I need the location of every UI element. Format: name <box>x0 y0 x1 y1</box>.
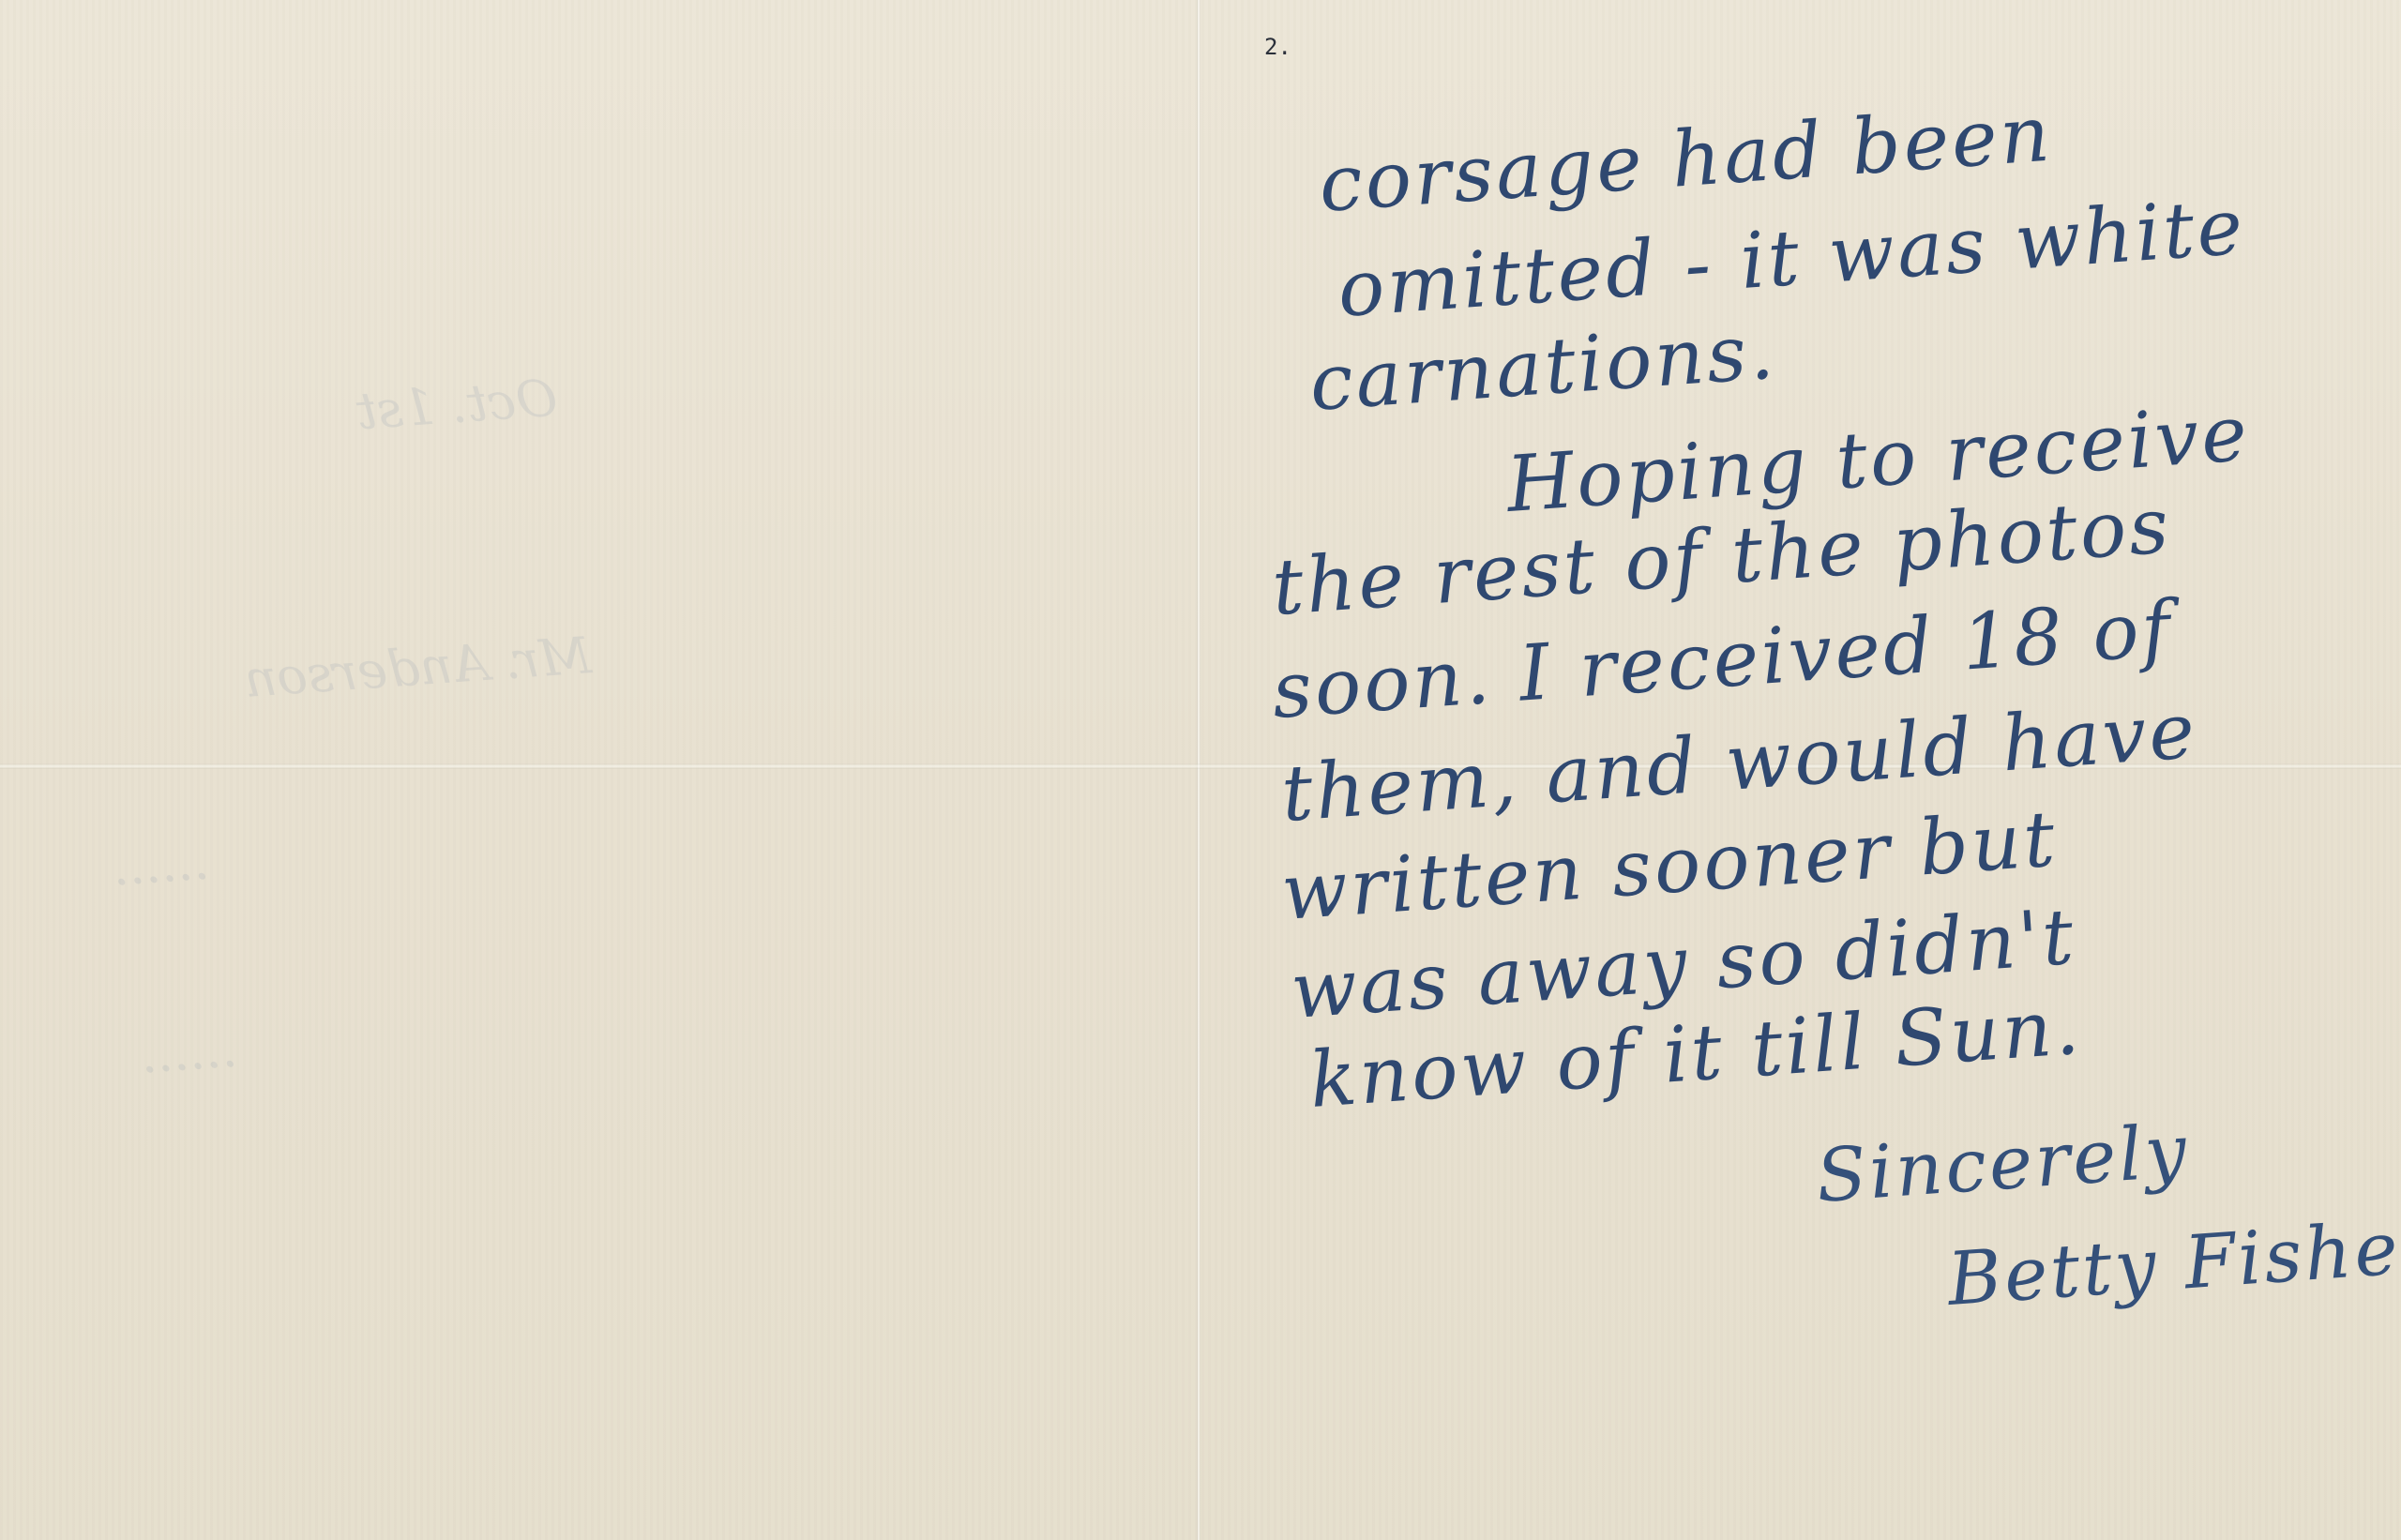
page-number: 2. <box>1264 34 1291 60</box>
show-through-text: Oct. 1st <box>355 369 559 442</box>
show-through-text: Mr. Anderson <box>242 626 593 709</box>
show-through-text: ...... <box>139 1019 239 1084</box>
blank-left-page: Oct. 1st Mr. Anderson ...... ...... <box>0 0 1199 1540</box>
letter-sheet: Oct. 1st Mr. Anderson ...... ...... 2. c… <box>0 0 2401 1540</box>
show-through-text: ...... <box>111 831 211 897</box>
